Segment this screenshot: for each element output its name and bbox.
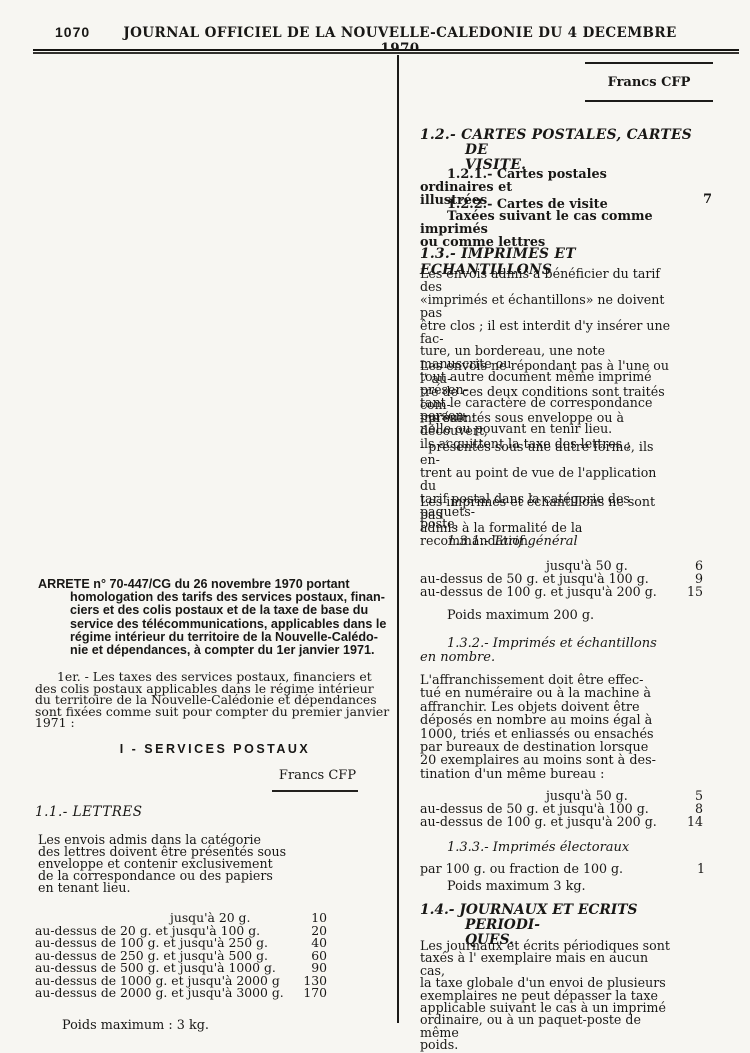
section-title-services-postaux: I - SERVICES POSTAUX <box>35 742 395 756</box>
article-1-paragraph: 1er. - Les taxes des services postaux, f… <box>35 671 395 729</box>
tariff-value: 1 <box>669 861 705 876</box>
page-title: JOURNAL OFFICIEL DE LA NOUVELLE-CALEDONI… <box>120 25 680 57</box>
heading-1-3-3-electoraux: 1.3.3.- Imprimés électoraux <box>447 840 629 855</box>
table-row: au-dessus de 2000 g. et jusqu'à 3000 g. … <box>35 987 327 1000</box>
poids-maximum-3kg-note: Poids maximum 3 kg. <box>447 879 586 894</box>
tariff-label: au-dessus de 2000 g. et jusqu'à 3000 g. <box>35 987 287 1000</box>
arrete-heading: ARRETE n° 70-447/CG du 26 novembre 1970 … <box>38 578 390 657</box>
poids-maximum-note: Poids maximum : 3 kg. <box>62 1018 209 1033</box>
en-nombre-paragraph: L'affranchissement doit être effec- tué … <box>420 674 658 781</box>
lettres-tariff-table: jusqu'à 20 g. 10 au-dessus de 20 g. et j… <box>35 912 327 1000</box>
tariff-value: 14 <box>667 815 703 828</box>
table-row: au-dessus de 100 g. et jusqu'à 200 g. 14 <box>420 815 703 828</box>
currency-label-left: Francs CFP <box>270 768 365 783</box>
tariff-value: 170 <box>287 987 327 1000</box>
journal-page: 1070 JOURNAL OFFICIEL DE LA NOUVELLE-CAL… <box>0 0 750 1053</box>
tarif-general-table: jusqu'à 50 g. 6 au-dessus de 50 g. et ju… <box>420 559 703 598</box>
item-1-2-2-note: Taxées suivant le cas comme imprimés ou … <box>420 210 700 250</box>
heading-1-3-2-en-nombre: 1.3.2.- Imprimés et échantillons en nomb… <box>420 637 660 664</box>
item-1-2-1-value: 7 <box>682 192 712 208</box>
header-rule <box>33 49 739 52</box>
currency-label-right: Francs CFP <box>585 62 713 102</box>
tariff-value: 15 <box>667 585 703 598</box>
heading-1-1-lettres: 1.1.- LETTRES <box>35 804 142 820</box>
tariff-label: au-dessus de 100 g. et jusqu'à 200 g. <box>420 585 667 598</box>
currency-label-underline <box>272 790 358 792</box>
page-number: 1070 <box>55 24 90 40</box>
journaux-paragraph: Les journaux et écrits périodiques sont … <box>420 940 676 1052</box>
en-nombre-table: jusqu'à 50 g. 5 au-dessus de 50 g. et ju… <box>420 789 703 828</box>
table-row: au-dessus de 100 g. et jusqu'à 200 g. 15 <box>420 585 703 598</box>
heading-1-3-1-tarif-general: 1.3.1.- Tarif général <box>420 534 578 549</box>
tariff-label: par 100 g. ou fraction de 100 g. <box>420 861 669 876</box>
tariff-label: au-dessus de 100 g. et jusqu'à 200 g. <box>420 815 667 828</box>
poids-maximum-200-note: Poids maximum 200 g. <box>447 608 594 623</box>
electoraux-row: par 100 g. ou fraction de 100 g. 1 <box>420 861 705 876</box>
lettres-intro-paragraph: Les envois admis dans la catégorie des l… <box>38 834 333 894</box>
column-divider <box>397 55 399 1023</box>
